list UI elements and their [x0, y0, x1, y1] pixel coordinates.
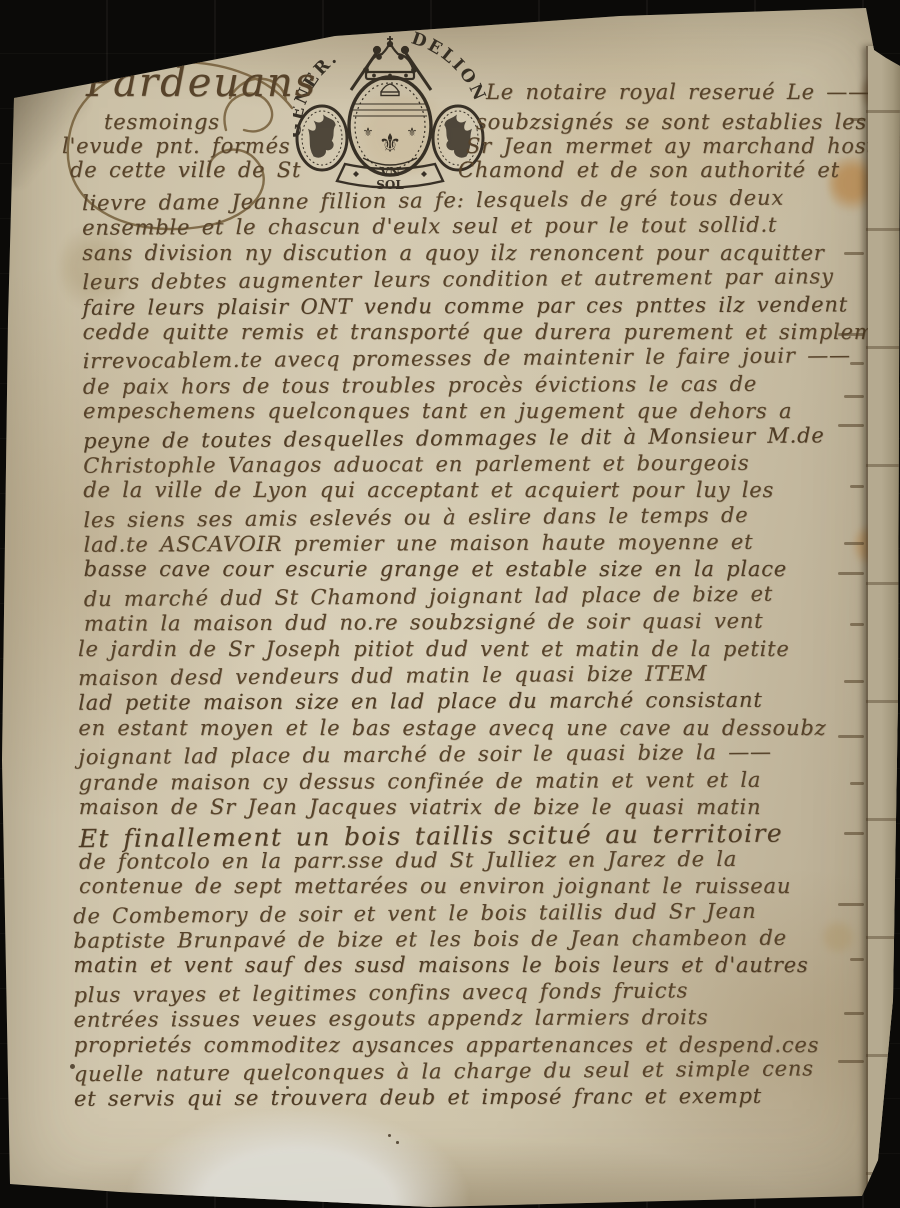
opening-left-fragment: l'evude pnt. formés	[62, 134, 290, 158]
manuscript-line: lad.te ASCAVOIR premier une maison haute…	[83, 529, 883, 559]
manuscript-line: contenue de sept mettarées ou environ jo…	[79, 874, 885, 900]
manuscript-line: sans division ny discution a quoy ilz re…	[82, 241, 882, 267]
ink-dot	[286, 1086, 289, 1089]
manuscript-line: de la ville de Lyon qui acceptant et acq…	[83, 478, 883, 504]
opening-left-fragment: tesmoings	[104, 110, 220, 134]
margin-tick	[850, 623, 864, 626]
manuscript-page: GENER. DELION	[0, 0, 900, 1208]
manuscript-line: grande maison cy dessus confinée de mati…	[79, 767, 885, 797]
manuscript-line: faire leurs plaisir ONT vendu comme par …	[82, 292, 882, 322]
opening-left-fragment: de cette ville de St	[70, 158, 301, 182]
manuscript-line: de paix hors de tous troubles procès évi…	[83, 371, 883, 401]
margin-tick	[838, 903, 864, 906]
margin-tick	[844, 680, 864, 683]
manuscript-line: lad petite maison size en lad place du m…	[78, 688, 884, 718]
manuscript-line: peyne de toutes desquelles dommages le d…	[83, 422, 883, 455]
manuscript-line: et servis qui se trouvera deub et imposé…	[74, 1084, 886, 1114]
manuscript-line: proprietés commoditez aysances appartena…	[74, 1033, 886, 1059]
margin-tick	[850, 782, 864, 785]
manuscript-line: ensemble et le chascun d'eulx seul et po…	[82, 213, 882, 243]
manuscript-line: matin la maison dud no.re soubzsigné de …	[84, 609, 884, 639]
body-lines: lievre dame Jeanne fillion sa fe: lesque…	[82, 186, 886, 1113]
manuscript-line: maison de Sr Jean Jacques viatrix de biz…	[79, 795, 885, 821]
margin-tick	[838, 572, 864, 575]
stamp-banner-top-text: VN	[379, 165, 400, 179]
margin-tick	[838, 1060, 864, 1063]
margin-tick	[850, 118, 864, 121]
ink-dot	[388, 1134, 391, 1137]
margin-tick	[844, 1012, 864, 1015]
manuscript-line: basse cave cour escurie grange et establ…	[84, 557, 884, 583]
manuscript-line: Et finallement un bois taillis scitué au…	[79, 818, 885, 851]
margin-tick	[844, 252, 864, 255]
manuscript-line: baptiste Brunpavé de bize et les bois de…	[73, 925, 885, 955]
opening-right-fragment: soubzsignés se sont establies les	[476, 110, 867, 134]
margin-tick	[844, 542, 864, 545]
manuscript-line: entrées issues veues esgouts appendz lar…	[74, 1004, 886, 1034]
stamp-center-shield: ⚜ ⚜ ⚜	[349, 77, 431, 175]
margin-tick	[850, 958, 864, 961]
margin-tick	[838, 333, 864, 336]
svg-text:⚜: ⚜	[407, 125, 418, 139]
manuscript-line: le jardin de Sr Joseph pitiot dud vent e…	[78, 637, 884, 663]
margin-tick	[844, 832, 864, 835]
manuscript-line: matin et vent sauf des susd maisons le b…	[73, 953, 885, 979]
manuscript-line: Christophle Vanagos aduocat en parlement…	[83, 450, 883, 480]
opening-right-fragment: Sr Jean mermet ay marchand hostellier	[466, 134, 900, 158]
ink-dot	[70, 1064, 75, 1069]
second-page-edge	[866, 46, 900, 1206]
opening-right-fragment: Chamond et de son authorité et	[458, 158, 840, 182]
margin-tick	[844, 395, 864, 398]
margin-tick	[838, 424, 864, 427]
margin-tick	[850, 485, 864, 488]
manuscript-line: cedde quitte remis et transporté que dur…	[83, 320, 883, 346]
photo-background: GENER. DELION	[0, 0, 900, 1208]
worn-light-patch	[128, 1108, 468, 1208]
manuscript-line: en estant moyen et le bas estage avecq u…	[78, 716, 884, 742]
svg-text:⚜: ⚜	[378, 129, 401, 159]
opening-left-fragment: Pardeuans	[86, 60, 317, 106]
opening-right-fragment: Le notaire royal reserué Le ——	[486, 80, 870, 104]
svg-text:⚜: ⚜	[363, 125, 374, 139]
manuscript-line: empeschemens quelconques tant en jugemen…	[83, 399, 883, 425]
margin-tick	[850, 362, 864, 365]
ink-dot	[396, 1141, 399, 1144]
margin-tick	[838, 735, 864, 738]
